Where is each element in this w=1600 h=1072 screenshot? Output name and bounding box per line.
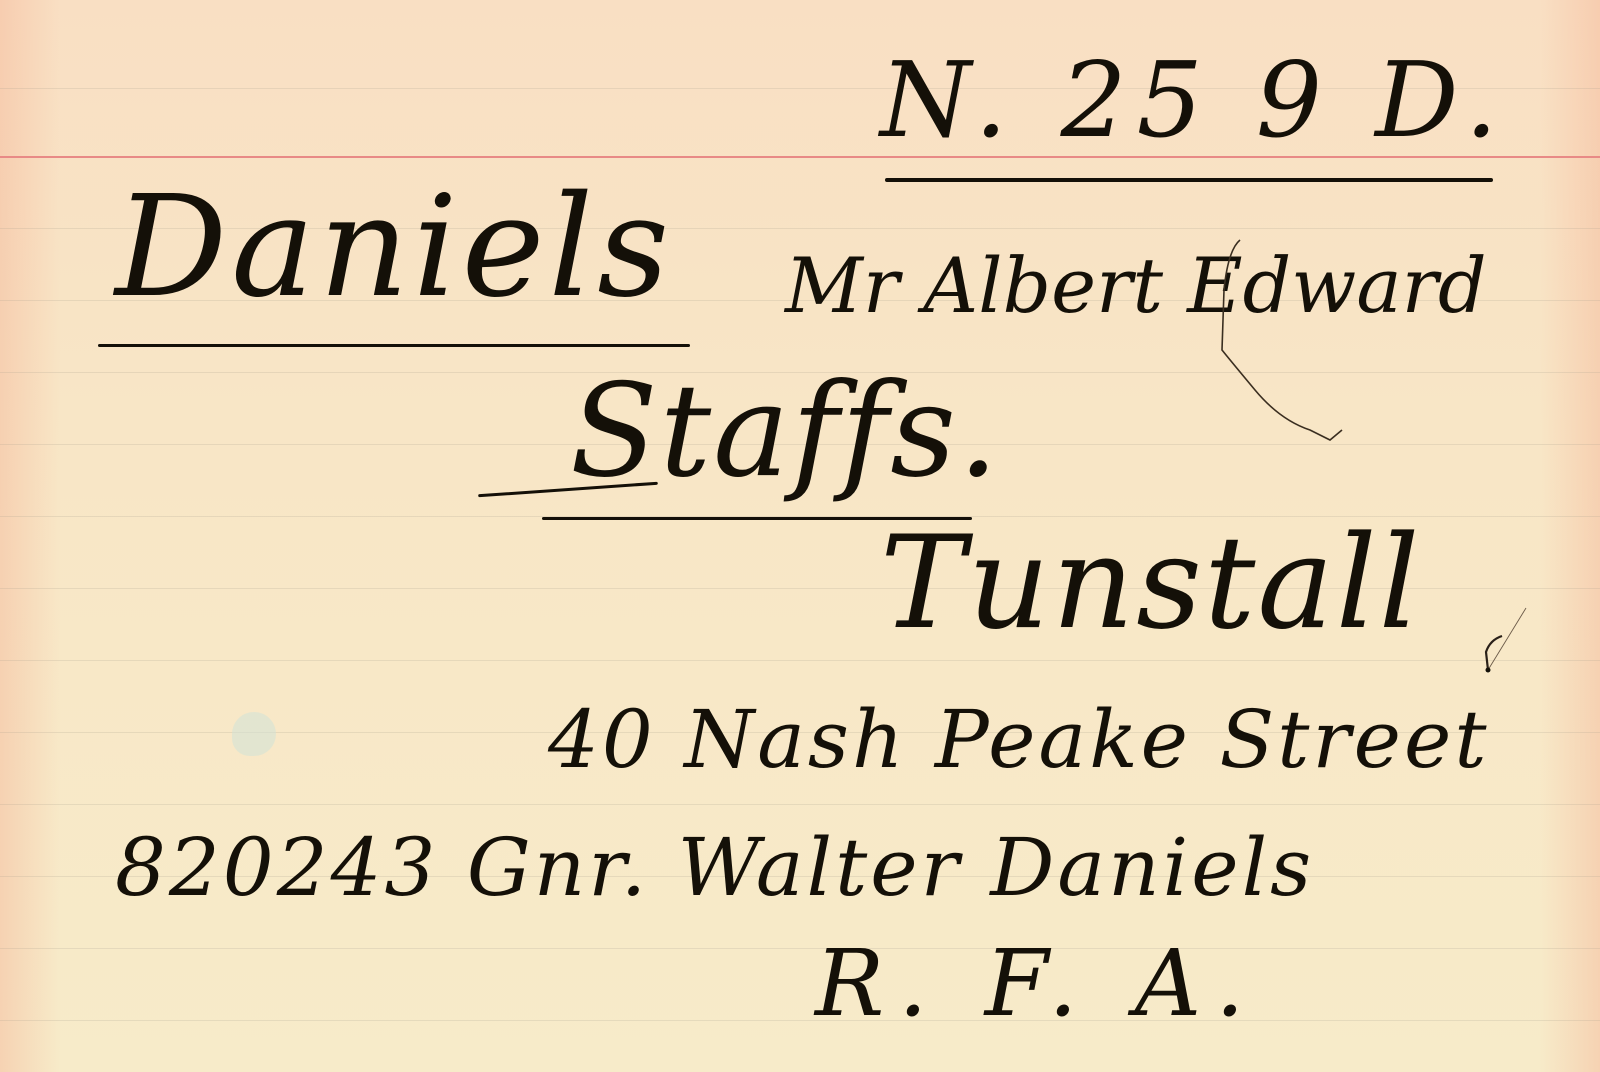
surname-underline <box>98 344 690 347</box>
unit: R. F. A. <box>815 938 1258 1030</box>
paper-stain <box>232 712 276 756</box>
ruled-line <box>0 1020 1600 1021</box>
ruled-line <box>0 660 1600 661</box>
index-card: N. 25 9 D. Daniels Mr Albert Edward Staf… <box>0 0 1600 1072</box>
ruled-line <box>0 804 1600 805</box>
street-address: 40 Nash Peake Street <box>548 700 1489 780</box>
claimant-name: Mr Albert Edward <box>785 248 1487 324</box>
county: Staffs. <box>570 368 1001 496</box>
service-details: 820243 Gnr. Walter Daniels <box>115 828 1314 908</box>
reference-underline <box>885 178 1493 182</box>
surname: Daniels <box>115 178 673 318</box>
bracket-mark <box>1200 230 1360 450</box>
margin-tick-mark <box>1470 600 1550 680</box>
reference-number: N. 25 9 D. <box>880 48 1508 152</box>
town: Tunstall <box>880 520 1422 648</box>
ruled-line <box>0 948 1600 949</box>
